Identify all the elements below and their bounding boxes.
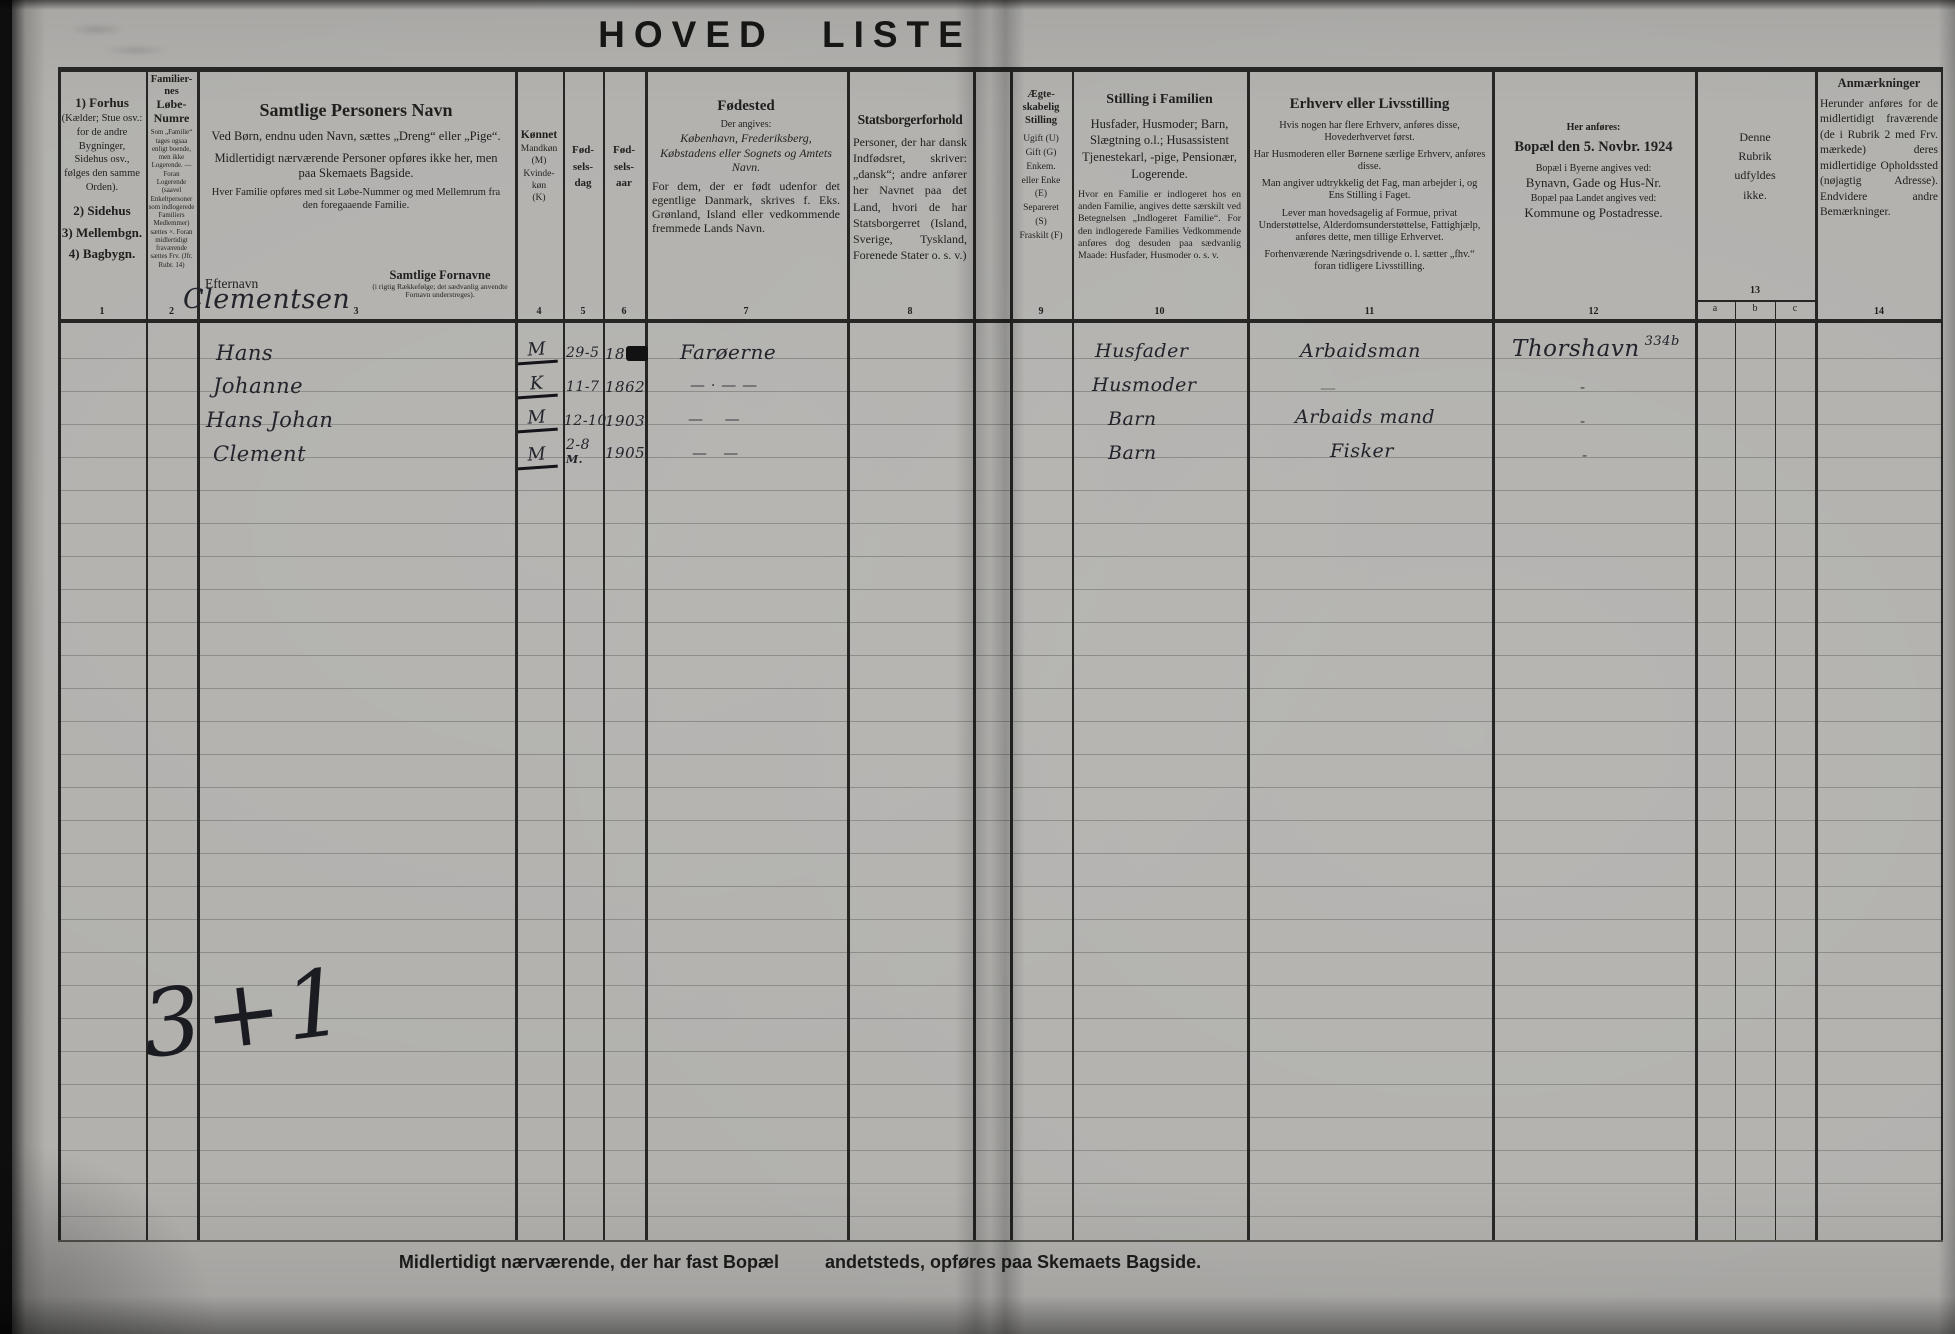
- col11-p4: Lever man hovedsagelig af Formue, privat…: [1253, 208, 1486, 244]
- col4-m: (M): [516, 155, 562, 167]
- table-vline: [1492, 67, 1495, 1242]
- col13-l3: udfyldes: [1700, 166, 1810, 185]
- col4-mandkon: Mandkøn: [516, 143, 562, 155]
- table-vline: [973, 67, 976, 1242]
- table-vline: [645, 67, 648, 1242]
- entry-erhverv-ditto: —: [1320, 378, 1337, 397]
- table-vline: [563, 67, 565, 1242]
- entry-foedested-ditto: — —: [692, 444, 739, 462]
- col6-l3: aar: [604, 175, 644, 192]
- table-vline: [603, 67, 605, 1242]
- col5-l3: dag: [564, 175, 602, 192]
- ink-blot: [626, 346, 648, 361]
- entry-foedested: Farøerne: [680, 340, 776, 364]
- entry-stilling: Barn: [1108, 408, 1157, 430]
- efternavn-entry: Clementsen: [183, 284, 350, 315]
- fornavne-label: Samtlige Fornavne: [365, 268, 515, 283]
- col-header-stilling: Stilling i Familien Husfader, Husmoder; …: [1078, 92, 1241, 262]
- entry-bopael-ditto: ‐: [1580, 412, 1586, 430]
- entry-bopael-ditto: ‐: [1580, 378, 1586, 396]
- col2-note: Som „Familie“ tages ogsaa enligt boende,…: [148, 129, 195, 270]
- col9-t1: Ægte-: [1027, 89, 1054, 100]
- col-header-forhus: 1) Forhus (Kælder; Stue osv.: for de and…: [61, 95, 143, 261]
- col-header-koennet: Kønnet Mandkøn (M) Kvinde- køn (K): [516, 128, 562, 205]
- col11-title: Erhverv eller Livsstilling: [1253, 96, 1486, 114]
- col-header-foedselsaar: Fød- sels- aar: [604, 142, 644, 192]
- col9-ugift: Ugift (U): [1012, 133, 1070, 147]
- col-header-erhverv: Erhverv eller Livsstilling Hvis nogen ha…: [1253, 96, 1486, 273]
- col-header-rubrik13: Denne Rubrik udfyldes ikke.: [1700, 128, 1810, 205]
- col14-title: Anmærkninger: [1820, 76, 1938, 91]
- footer-note-part1: Midlertidigt nærværende, der har fast Bo…: [399, 1252, 779, 1273]
- col-header-anmaerkninger: Anmærkninger Herunder anføres for de mid…: [1820, 76, 1938, 221]
- page-title: HOVED LISTE: [480, 14, 1090, 56]
- col4-kvinde: Kvinde-: [516, 168, 562, 180]
- col-header-loebenumre: Familier- nes Løbe- Numre Som „Familie“ …: [148, 74, 195, 270]
- col12-line4: Kommune og Postadresse.: [1498, 205, 1689, 220]
- entry-foedselsdag: 29-5: [566, 345, 599, 361]
- scan-bottom-shadow: [0, 1296, 1955, 1334]
- census-form-scan: HOVED LISTE 1) Forhus (Kælder; Stue osv.…: [0, 0, 1955, 1334]
- col7-sub: Der angives:: [652, 119, 840, 131]
- ruled-rows-area: [58, 326, 1943, 1242]
- entry-foedselsdag: 12-10: [564, 413, 607, 429]
- col10-line2: Hvor en Familie er indlogeret hos en and…: [1078, 189, 1241, 262]
- entry-fornavn: Clement: [213, 442, 306, 466]
- scan-top-shadow: [0, 0, 1955, 10]
- colnum-12: 12: [1492, 306, 1695, 320]
- table-vline: [1775, 302, 1776, 1242]
- col8-body: Personer, der har dansk Indfødsret, skri…: [853, 134, 967, 264]
- colnum-1: 1: [58, 306, 146, 320]
- col3-line3: Hver Familie opføres med sit Løbe-Nummer…: [207, 187, 505, 212]
- col4-k: (K): [516, 192, 562, 204]
- col7-title: Fødested: [652, 98, 840, 116]
- col-header-foedested: Fødested Der angives: København, Frederi…: [652, 98, 840, 236]
- entry-bopael-ditto: ‐: [1582, 446, 1588, 464]
- entry-kon: M: [517, 444, 557, 469]
- entry-kon: M: [517, 407, 557, 432]
- entry-stilling: Husfader: [1095, 340, 1188, 362]
- col12-line1: Bopæl i Byerne angives ved:: [1498, 163, 1689, 175]
- col9-ellerenke: eller Enke: [1012, 175, 1070, 189]
- col9-gift: Gift (G): [1012, 147, 1070, 161]
- col13-l1: Denne: [1700, 128, 1810, 147]
- col1-item-bagbygn: 4) Bagbygn.: [61, 246, 143, 261]
- entry-foedselsaar: 1903: [605, 412, 645, 430]
- col11-p3: Man angiver udtrykkelig det Fag, man arb…: [1253, 178, 1486, 202]
- colnum-13: 13: [1695, 285, 1815, 299]
- entry-foedested-ditto: — —: [688, 410, 740, 428]
- table-vline: [1735, 302, 1736, 1242]
- entry-fornavn: Hans Johan: [206, 408, 333, 432]
- entry-foedselsdag: 11-7: [566, 379, 599, 395]
- col10-line1: Husfader, Husmoder; Barn, Slægtning o.l.…: [1078, 116, 1241, 184]
- colnum-6: 6: [603, 306, 645, 320]
- col-header-foedselsdag: Fød- sels- dag: [564, 142, 602, 192]
- col-header-statsborgerforhold: Statsborgerforhold Personer, der har dan…: [853, 112, 967, 263]
- colnum-7: 7: [645, 306, 847, 320]
- col12-title: Bopæl den 5. Novbr. 1924: [1498, 139, 1689, 156]
- foedselsdag-note: M.: [566, 453, 583, 466]
- entry-foedselsaar: 1862: [605, 378, 645, 396]
- entry-foedselsaar: 1905: [605, 444, 645, 462]
- entry-foedselsaar: 18: [605, 345, 648, 363]
- col10-title: Stilling i Familien: [1078, 92, 1241, 109]
- col2-title-1: Familier-: [151, 74, 193, 85]
- col6-l1: Fød-: [604, 142, 644, 159]
- entry-stilling: Husmoder: [1092, 374, 1197, 396]
- col4-kon: køn: [516, 180, 562, 192]
- col12-line3: Bopæl paa Landet angives ved:: [1498, 193, 1689, 205]
- colnum-10: 10: [1072, 306, 1247, 320]
- entry-fornavn: Johanne: [213, 374, 303, 398]
- col3-title: Samtlige Personers Navn: [207, 100, 505, 121]
- col6-l2: sels-: [604, 159, 644, 176]
- entry-erhverv: Arbaidsman: [1300, 340, 1421, 362]
- table-hline: [1695, 300, 1815, 302]
- col7-line1: København, Frederiksberg, Købstadens ell…: [652, 131, 840, 173]
- footer-note-part2: andetsteds, opføres paa Skemaets Bagside…: [825, 1252, 1201, 1273]
- col9-separeret: Separeret: [1012, 202, 1070, 216]
- col-header-aegteskabelig: Ægte- skabelig Stilling Ugift (U) Gift (…: [1012, 88, 1070, 244]
- col9-e: (E): [1012, 188, 1070, 202]
- colnum-13c: c: [1775, 303, 1815, 317]
- table-vline: [1247, 67, 1250, 1242]
- table-vline: [515, 67, 518, 1242]
- col1-note: (Kælder; Stue osv.: for de andre Bygning…: [61, 112, 143, 194]
- table-vline: [1072, 67, 1074, 1242]
- entry-kon: M: [517, 339, 557, 364]
- col8-title: Statsborgerforhold: [853, 112, 967, 128]
- col13-l2: Rubrik: [1700, 147, 1810, 166]
- table-vline: [1815, 67, 1818, 1242]
- colnum-5: 5: [563, 306, 603, 320]
- col2-title-4: Numre: [154, 111, 190, 125]
- col11-p1: Hvis nogen har flere Erhverv, anføres di…: [1253, 120, 1486, 144]
- col13-l4: ikke.: [1700, 186, 1810, 205]
- entry-erhverv: Arbaids mand: [1295, 406, 1435, 428]
- colnum-4: 4: [515, 306, 563, 320]
- fornavne-label-block: Samtlige Fornavne (i rigtig Rækkefølge; …: [365, 268, 515, 300]
- colnum-8: 8: [847, 306, 973, 320]
- entry-fornavn: Hans: [216, 341, 273, 365]
- col11-p2: Har Husmoderen eller Børnene særlige Erh…: [1253, 149, 1486, 173]
- table-vline: [847, 67, 850, 1242]
- colnum-11: 11: [1247, 306, 1492, 320]
- colnum-13a: a: [1695, 303, 1735, 317]
- scan-left-shadow: [12, 0, 46, 1334]
- entry-foedested-ditto: — · — —: [690, 376, 758, 394]
- col5-l2: sels-: [564, 159, 602, 176]
- col1-title: 1) Forhus: [61, 95, 143, 110]
- fornavne-note: (i rigtig Rækkefølge; det sædvanlig anve…: [365, 283, 515, 300]
- footer-note: Midlertidigt nærværende, der har fast Bo…: [260, 1252, 1340, 1273]
- col12-line2: Bynavn, Gade og Hus-Nr.: [1498, 175, 1689, 190]
- col4-title: Kønnet: [516, 128, 562, 143]
- col3-line2: Midlertidigt nærværende Personer opføres…: [207, 151, 505, 181]
- col14-body: Herunder anføres for de midlertidigt fra…: [1820, 97, 1938, 221]
- scan-left-edge: [0, 0, 12, 1334]
- ink-bleedthrough-smudge: [58, 14, 188, 66]
- col11-p5: Forhenværende Næringsdrivende o. l. sætt…: [1253, 249, 1486, 273]
- bopael-husnummer: 334b: [1645, 334, 1680, 349]
- table-hline: [58, 1240, 1943, 1242]
- col7-line2: For dem, der er født udenfor det egentli…: [652, 179, 840, 236]
- col9-fraskilt: Fraskilt (F): [1012, 230, 1070, 244]
- entry-erhverv: Fisker: [1330, 440, 1394, 462]
- entry-stilling: Barn: [1108, 442, 1157, 464]
- colnum-14: 14: [1815, 306, 1943, 320]
- table-vline: [1695, 67, 1698, 1242]
- col1-item-sidehus: 2) Sidehus: [61, 203, 143, 218]
- entry-bopael: Thorshavn334b: [1512, 336, 1680, 362]
- col3-line1: Ved Børn, endnu uden Navn, sættes „Dreng…: [207, 129, 505, 144]
- col2-title-2: nes: [164, 86, 179, 97]
- table-hline: [58, 67, 1943, 72]
- col5-l1: Fød-: [564, 142, 602, 159]
- col12-pre: Her anføres:: [1498, 122, 1689, 134]
- scan-right-shadow: [1938, 0, 1955, 1334]
- colnum-9: 9: [1010, 306, 1072, 320]
- col-header-navn: Samtlige Personers Navn Ved Børn, endnu …: [207, 100, 505, 212]
- col1-item-mellembgn: 3) Mellembgn.: [61, 225, 143, 240]
- col9-enkem: Enkem.: [1012, 161, 1070, 175]
- col2-title-3: Løbe-: [157, 97, 187, 111]
- col9-t3: Stilling: [1025, 115, 1057, 126]
- col9-t2: skabelig: [1023, 102, 1060, 113]
- entry-foedselsdag: 2-8M.: [566, 438, 590, 466]
- col-header-bopael: Her anføres: Bopæl den 5. Novbr. 1924 Bo…: [1498, 122, 1689, 220]
- colnum-13b: b: [1735, 303, 1775, 317]
- entry-kon: K: [517, 373, 557, 398]
- col9-s: (S): [1012, 216, 1070, 230]
